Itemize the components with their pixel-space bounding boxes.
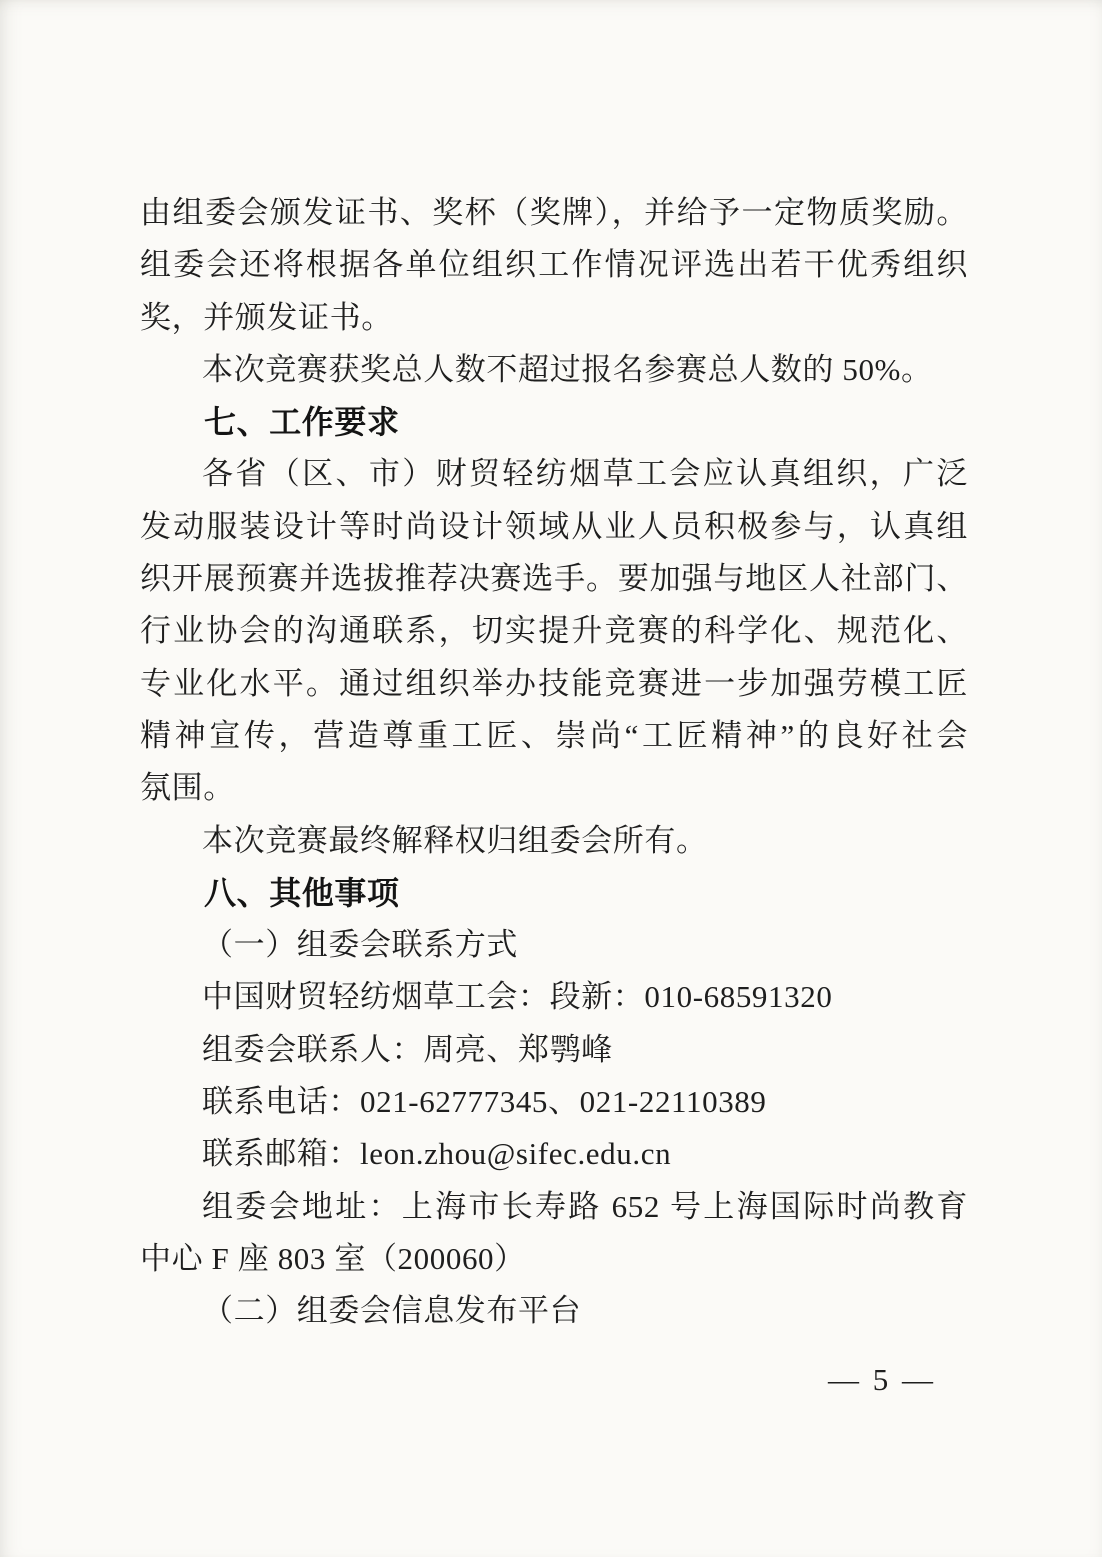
paragraph-work-req-2: 发动服装设计等时尚设计领域从业人员积极参与，认真组	[140, 501, 968, 553]
subheading-contact-info: （一）组委会联系方式	[140, 919, 968, 971]
document-page: 由组委会颁发证书、奖杯（奖牌），并给予一定物质奖励。 组委会还将根据各单位组织工…	[0, 0, 1102, 1557]
paragraph-work-req-6: 精神宣传，营造尊重工匠、崇尚“工匠精神”的良好社会	[140, 710, 968, 762]
body-line-continuation-3: 奖，并颁发证书。	[140, 292, 968, 344]
contact-address-line-2: 中心 F 座 803 室（200060）	[140, 1233, 968, 1285]
paragraph-work-req-3: 织开展预赛并选拔推荐决赛选手。要加强与地区人社部门、	[140, 553, 968, 605]
contact-union-line: 中国财贸轻纺烟草工会：段新：010-68591320	[140, 971, 968, 1023]
document-body: 由组委会颁发证书、奖杯（奖牌），并给予一定物质奖励。 组委会还将根据各单位组织工…	[140, 187, 968, 1338]
contact-email-line: 联系邮箱：leon.zhou@sifec.edu.cn	[140, 1128, 968, 1180]
contact-address-line-1: 组委会地址：上海市长寿路 652 号上海国际时尚教育	[140, 1181, 968, 1233]
paragraph-work-req-4: 行业协会的沟通联系，切实提升竞赛的科学化、规范化、	[140, 605, 968, 657]
contact-persons-line: 组委会联系人：周亮、郑鹗峰	[140, 1024, 968, 1076]
contact-phone-line: 联系电话：021-62777345、021-22110389	[140, 1076, 968, 1128]
paragraph-work-req-7: 氛围。	[140, 762, 968, 814]
paragraph-work-req-5: 专业化水平。通过组织举办技能竞赛进一步加强劳模工匠	[140, 658, 968, 710]
heading-section-7: 七、工作要求	[140, 396, 968, 448]
subheading-info-platform: （二）组委会信息发布平台	[140, 1285, 968, 1337]
heading-section-8: 八、其他事项	[140, 867, 968, 919]
paragraph-award-ratio: 本次竞赛获奖总人数不超过报名参赛总人数的 50%。	[140, 344, 968, 396]
body-line-continuation-2: 组委会还将根据各单位组织工作情况评选出若干优秀组织	[140, 239, 968, 291]
paragraph-interpretation: 本次竞赛最终解释权归组委会所有。	[140, 815, 968, 867]
paragraph-work-req-1: 各省（区、市）财贸轻纺烟草工会应认真组织，广泛	[140, 448, 968, 500]
page-number: — 5 —	[828, 1362, 936, 1398]
body-line-continuation-1: 由组委会颁发证书、奖杯（奖牌），并给予一定物质奖励。	[140, 187, 968, 239]
